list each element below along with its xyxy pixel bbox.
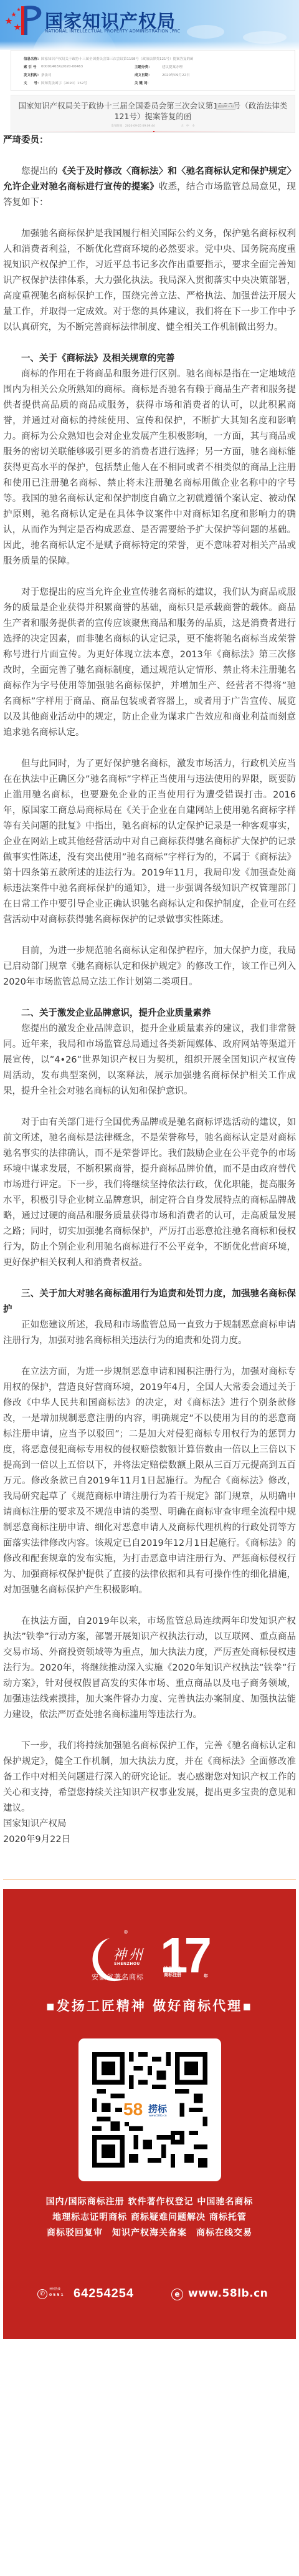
section1-paragraph-c: 但与此同时，为了更好保护驰名商标，激发市场活力，行政机关应当在在执法中正确区分”… xyxy=(3,756,296,928)
brand-name-cn: 神州 xyxy=(113,1944,145,1964)
qr-logo-text: 捞标 xyxy=(148,2102,167,2115)
document-title: 国家知识产权局关于政协十三届全国委员会第三次会议第1198号（政治法律类121号… xyxy=(15,100,291,122)
section-heading-2: 二、关于激发企业品牌意识，提升企业质量素养 xyxy=(3,1006,296,1021)
meta-label: 主题分类： xyxy=(135,64,162,69)
overview-paragraph: 加强驰名商标保护是我国履行相关国际公约义务，保护驰名商标权利人和消费者利益，不断… xyxy=(3,226,296,335)
meta-label: 发文机构： xyxy=(11,72,41,77)
web-e-icon: e xyxy=(171,2289,183,2300)
title-divider xyxy=(11,132,295,132)
banner-fade xyxy=(0,41,299,50)
meta-label: 关 键 词： xyxy=(135,80,162,85)
document-metadata: 信息名称： 国家知识产权局关于政协十三届全国委员会第三次会议第1198号（政治法… xyxy=(11,50,295,91)
area-code: 0551 xyxy=(49,2293,65,2297)
focus-text: 神州专注 商标注册 xyxy=(164,1966,181,1978)
meta-value: 建议提案办理 xyxy=(162,64,183,69)
focus-line-2: 商标注册 xyxy=(164,1972,181,1977)
qr-logo-number: 58 xyxy=(123,2100,143,2120)
closing-paragraph: 下一步，我们将持续加强驰名商标保护工作，完善《驰名商标认定和保护规定》，健全工作… xyxy=(3,1739,296,1816)
section3-paragraph-b: 在立法方面，为进一步规制恶意申请和囤积注册行为，加强对商标专用权的保护，营造良好… xyxy=(3,1364,296,1598)
section2-paragraph-a: 您提出的激发企业品牌意识，提升企业质量素养的建议，我们非常赞同。近年来，我局和市… xyxy=(3,1021,296,1099)
intro-prefix: 您提出的 xyxy=(21,166,58,176)
qr-logo-url: www.58lb.cn xyxy=(149,2115,167,2118)
publish-line: 发布时间：2020-09-25 09:09:44 大 中 小 xyxy=(15,124,291,128)
slogan: ▪发扬工匠精神 做好商标代理▪ xyxy=(3,1996,296,2015)
website-link[interactable]: www.58lb.cn xyxy=(188,2287,268,2300)
meta-row-docno: 文 号： 国知发法函字〔2020〕152号 关 键 词： xyxy=(11,79,295,87)
meta-row-info-name: 信息名称： 国家知识产权局关于政协十三届全国委员会第三次会议第1198号（政治法… xyxy=(11,54,295,62)
meta-label: 成文日期： xyxy=(135,72,162,77)
section1-paragraph-a: 商标的作用在于将商品和服务进行区别。驰名商标是指在一定地域范围内为相关公众所熟知… xyxy=(3,367,296,569)
registered-mark: ® xyxy=(123,1929,128,1935)
phone-icon: ✆ xyxy=(37,2289,47,2299)
meta-value: 国知发法函字〔2020〕152号 xyxy=(41,80,135,85)
article-body: 严琦委员： 您提出的《关于及时修改〈商标法〉和〈驰名商标认定和保护规定〉允许企业… xyxy=(0,133,299,1848)
signature-date: 2020年9月22日 xyxy=(3,1832,296,1848)
promo-banner: ® 神州 SHENZHOU 安徽省著名商标 17 神州专注 商标注册 年 ▪发扬… xyxy=(3,1889,296,2339)
org-name-en: NATIONAL INTELLECTUAL PROPERTY ADMINISTR… xyxy=(45,29,181,34)
page-bottom-space xyxy=(0,2339,299,2411)
section-heading-1: 一、关于《商标法》及相关规章的完善 xyxy=(3,351,296,367)
contact-row: ✆ 神州热线 0551 64254254 e www.58lb.cn xyxy=(3,2288,296,2304)
service-line: 地理标志证明商标 商标疑难问题解决 商标托管 xyxy=(3,2210,296,2226)
orange-divider xyxy=(3,1879,296,1879)
signature-org: 国家知识产权局 xyxy=(3,1816,296,1832)
brand-subtitle: 安徽省著名商标 xyxy=(92,1972,144,1982)
publish-time: 发布时间：2020-09-25 09:09:44 xyxy=(111,125,154,128)
phone-number[interactable]: 64254254 xyxy=(74,2287,134,2301)
brand-row: ® 神州 SHENZHOU 安徽省著名商标 17 神州专注 商标注册 年 xyxy=(3,1929,296,1985)
intro-paragraph: 您提出的《关于及时修改〈商标法〉和〈驰名商标认定和保护规定〉允许企业对驰名商标进… xyxy=(3,164,296,211)
cnipa-logo-icon xyxy=(5,4,44,36)
font-size-switcher[interactable]: 大 中 小 xyxy=(181,125,195,128)
year-unit: 年 xyxy=(204,1973,208,1979)
document-title-box: 国家知识产权局关于政协十三届全国委员会第三次会议第1198号（政治法律类121号… xyxy=(11,95,295,133)
focus-line-1: 神州专注 xyxy=(164,1966,181,1971)
meta-row-issuer: 发文机构： 条法司 成文日期： 2020年09月22日 xyxy=(11,70,295,79)
cnipa-banner: 国家知识产权局 NATIONAL INTELLECTUAL PROPERTY A… xyxy=(0,0,299,50)
meta-label: 索 引 号 xyxy=(11,64,41,69)
cloud-decoration xyxy=(187,25,224,39)
meta-value: 国家知识产权局关于政协十三届全国委员会第三次会议第1198号（政治法律类121号… xyxy=(41,56,194,61)
service-line: 国内/国际商标注册 软件著作权登记 中国驰名商标 xyxy=(3,2194,296,2210)
service-list: 国内/国际商标注册 软件著作权登记 中国驰名商标 地理标志证明商标 商标疑难问题… xyxy=(3,2194,296,2241)
hotline-label: 神州热线 xyxy=(49,2288,60,2292)
section2-paragraph-b: 对于由有关部门进行全国优秀品牌或是驰名商标评选活动的建议，如前文所述，驰名商标是… xyxy=(3,1115,296,1271)
section1-paragraph-b: 对于您提出的应当允许企业宣传驰名商标的建议，我们认为商品或服务的质量是企业获得并… xyxy=(3,585,296,741)
qr-code-card[interactable]: 58 捞标 www.58lb.cn xyxy=(78,2038,221,2181)
meta-label: 信息名称： xyxy=(11,56,41,61)
section3-paragraph-c: 在执法方面，自2019年以来，市场监管总局连续两年印发知识产权执法”铁拳”行动方… xyxy=(3,1614,296,1723)
meta-label: 文 号： xyxy=(11,80,41,85)
service-line: 商标驳回复审 知识产权海关备案 商标在线交易 xyxy=(3,2226,296,2241)
meta-row-index: 索 引 号 00001463X/2020-00463 主题分类： 建议提案办理 xyxy=(11,62,295,70)
screenshot-tooltip: 截图(Alt + A) xyxy=(216,104,235,110)
section-heading-3: 三、关于加大对驰名商标滥用行为追责和处罚力度，加强驰名商标保护 xyxy=(3,1286,296,1318)
brand-name-en: SHENZHOU xyxy=(114,1962,140,1966)
meta-value: 2020年09月22日 xyxy=(162,72,190,77)
qr-center-logo: 58 捞标 www.58lb.cn xyxy=(122,2101,179,2122)
salutation: 严琦委员： xyxy=(3,133,296,148)
section3-paragraph-a: 正如您建议所述，我局和市场监管总局一直致力于规制恶意商标申请注册行为，加强对驰名… xyxy=(3,1318,296,1349)
meta-value: 条法司 xyxy=(41,72,135,77)
meta-value: 00001463X/2020-00463 xyxy=(41,65,135,69)
section1-paragraph-d: 目前，为进一步规范驰名商标认定和保护程序，加大保护力度，我局已启动部门规章《驰名… xyxy=(3,943,296,990)
